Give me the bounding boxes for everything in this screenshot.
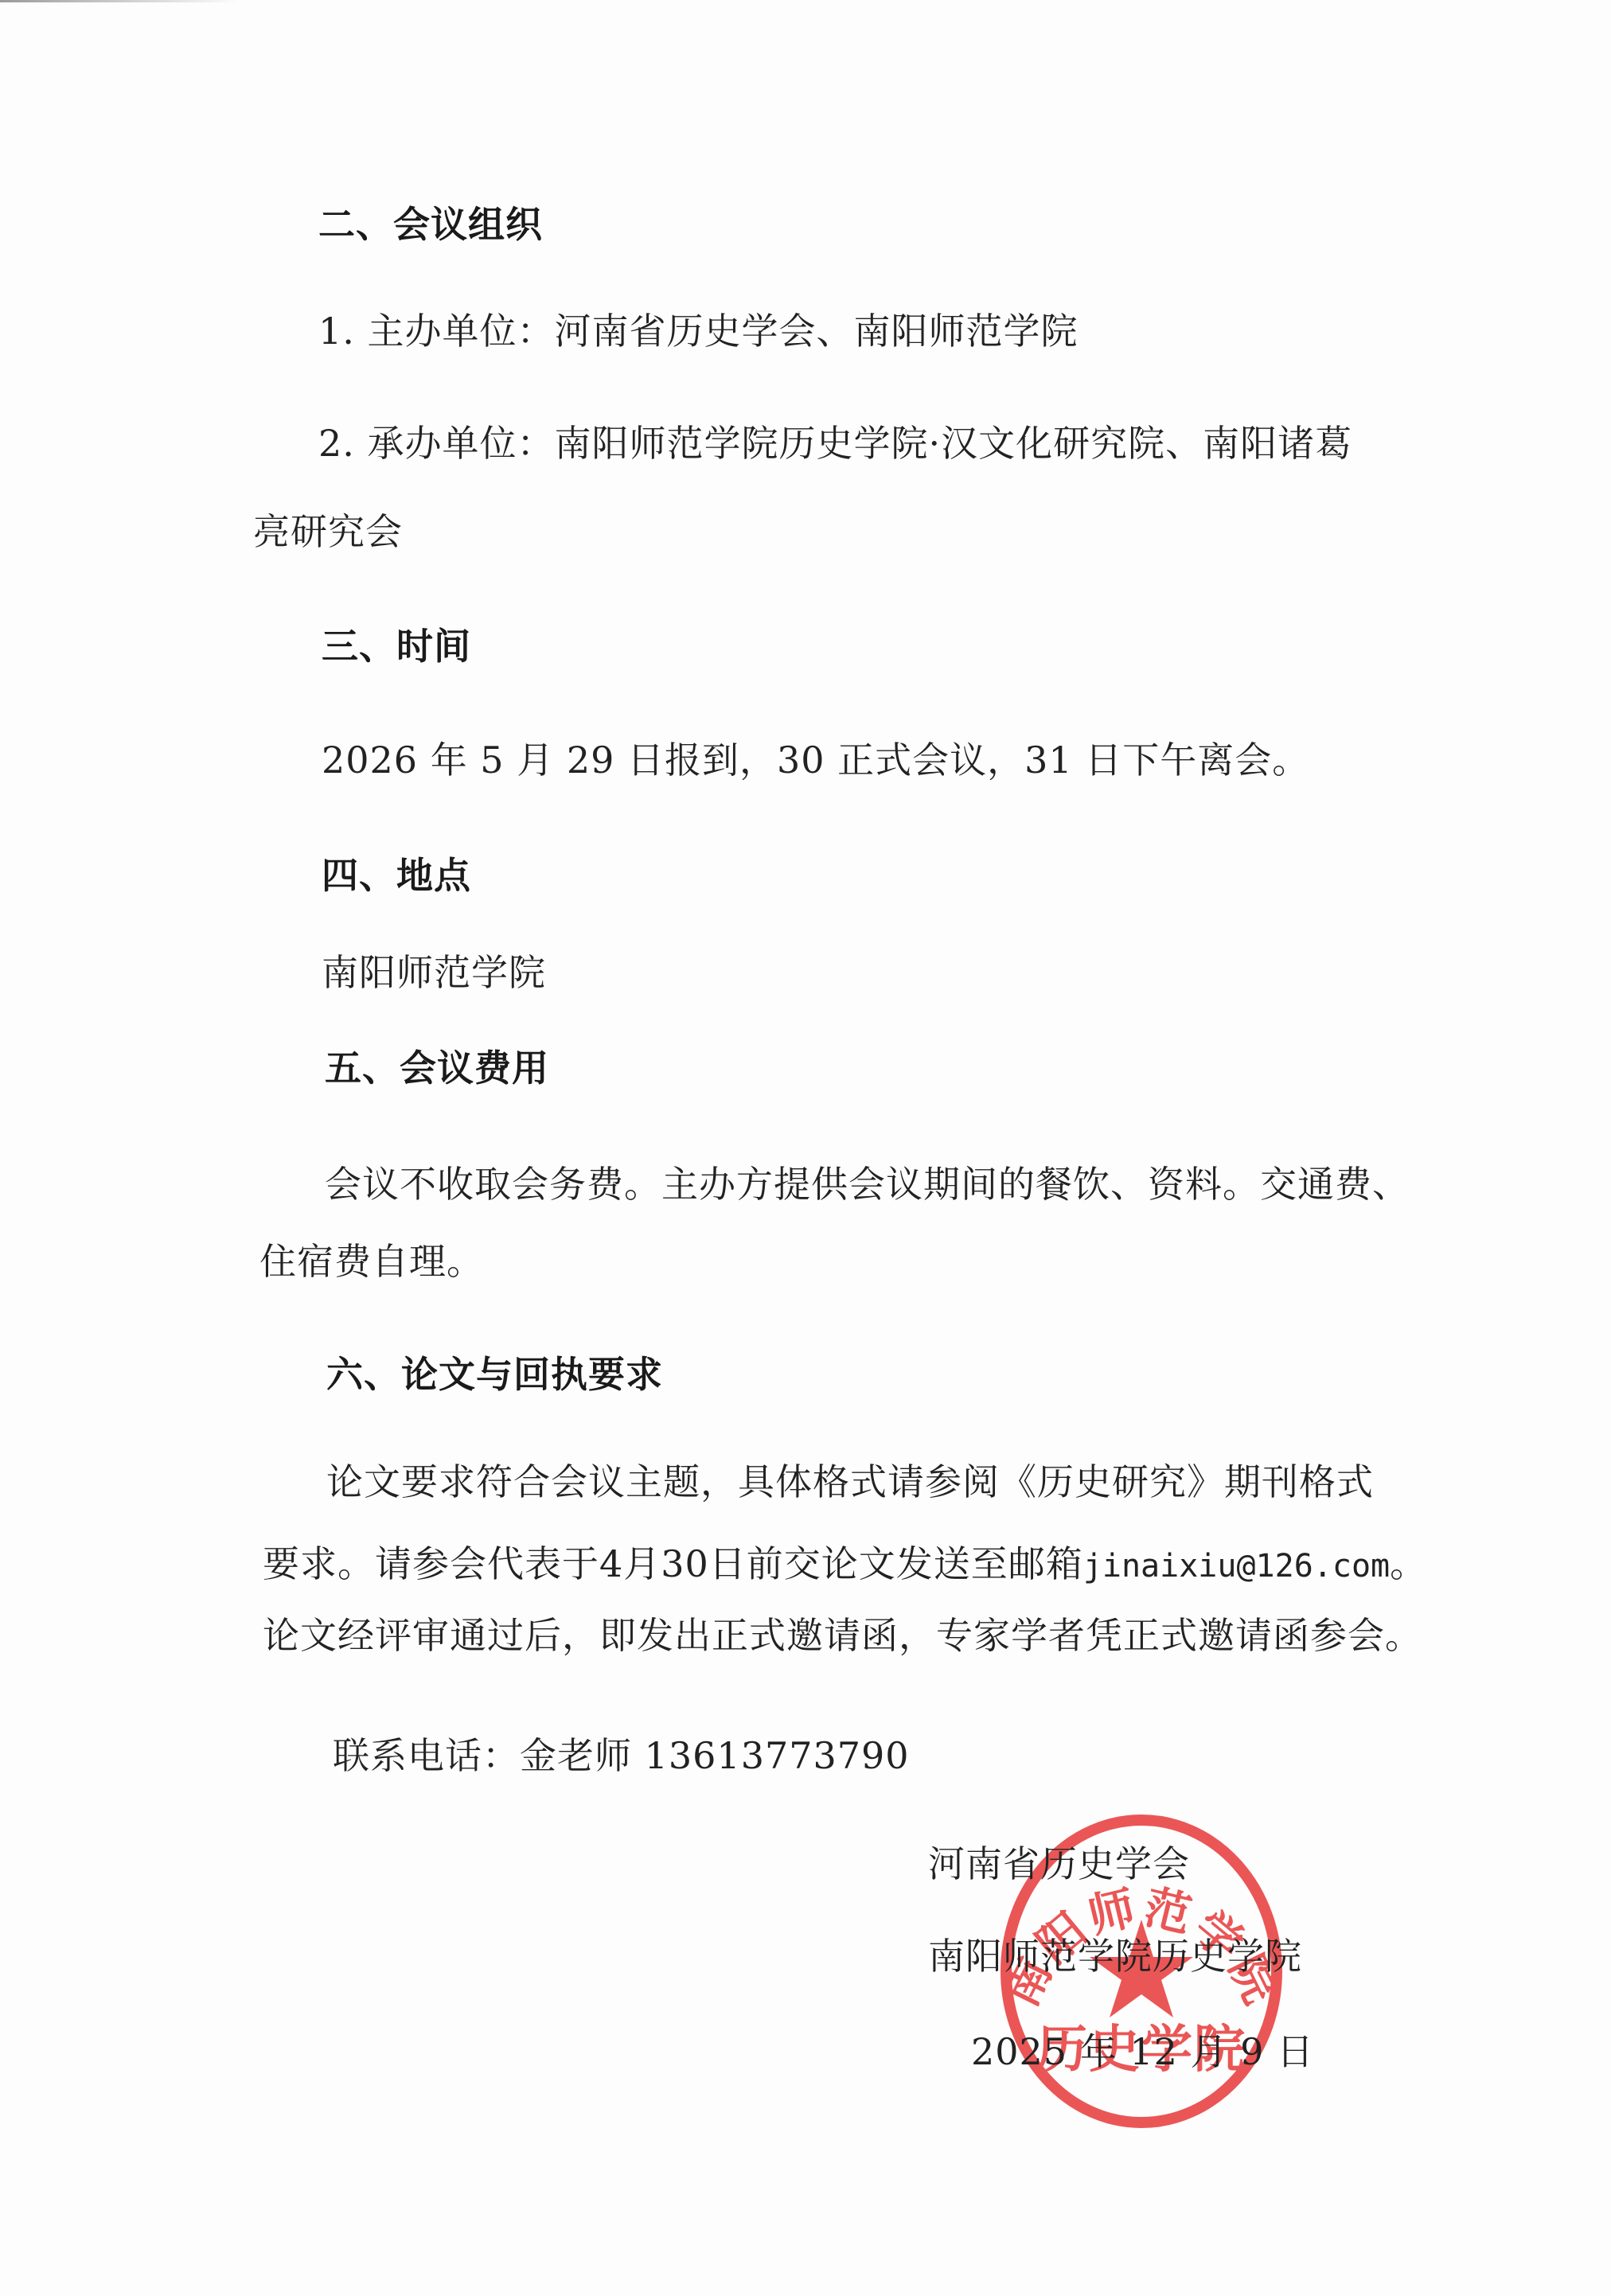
location-text: 南阳师范学院 — [322, 949, 546, 996]
section-heading-location: 四、地点 — [322, 852, 471, 899]
host-units-line: 1. 主办单位：河南省历史学会、南阳师范学院 — [318, 307, 1079, 355]
signature-date: 2025 年 12 月 9 日 — [971, 2028, 1314, 2076]
section-heading-papers: 六、论文与回执要求 — [326, 1351, 663, 1398]
fees-text-line-2: 住宿费自理。 — [259, 1238, 484, 1285]
document-page: 二、会议组织 1. 主办单位：河南省历史学会、南阳师范学院 2. 承办单位：南阳… — [0, 0, 1611, 2296]
papers-line-2-suffix: 。 — [1390, 1542, 1427, 1585]
section-heading-fees: 五、会议费用 — [325, 1044, 549, 1092]
signature-org-1: 河南省历史学会 — [928, 1840, 1190, 1888]
contact-line: 联系电话：金老师 13613773790 — [333, 1732, 910, 1779]
papers-text-line-3: 论文经评审通过后，即发出正式邀请函，专家学者凭正式邀请函参会。 — [263, 1612, 1422, 1659]
contact-phone: 13613773790 — [645, 1734, 910, 1777]
signature-org-2: 南阳师范学院历史学院 — [928, 1932, 1302, 1980]
papers-line-2-prefix: 要求。请参会代表于4月30日前交论文发送至邮箱 — [263, 1542, 1083, 1585]
section-heading-organization: 二、会议组织 — [318, 201, 543, 248]
scan-edge-artifact — [0, 0, 239, 2]
section-heading-time: 三、时间 — [322, 622, 471, 670]
fees-text-line-1: 会议不收取会务费。主办方提供会议期间的餐饮、资料。交通费、 — [325, 1160, 1410, 1208]
papers-text-line-1: 论文要求符合会议主题，具体格式请参阅《历史研究》期刊格式 — [326, 1458, 1374, 1506]
papers-text-line-2: 要求。请参会代表于4月30日前交论文发送至邮箱jinaixiu@126.com。 — [263, 1540, 1427, 1590]
time-text: 2026 年 5 月 29 日报到，30 正式会议，31 日下午离会。 — [322, 736, 1309, 784]
organizer-units-line-2: 亮研究会 — [253, 508, 403, 555]
submission-email: jinaixiu@126.com — [1083, 1548, 1390, 1585]
organizer-units-line-1: 2. 承办单位：南阳师范学院历史学院·汉文化研究院、南阳诸葛 — [318, 419, 1352, 467]
contact-label: 联系电话：金老师 — [333, 1734, 632, 1777]
